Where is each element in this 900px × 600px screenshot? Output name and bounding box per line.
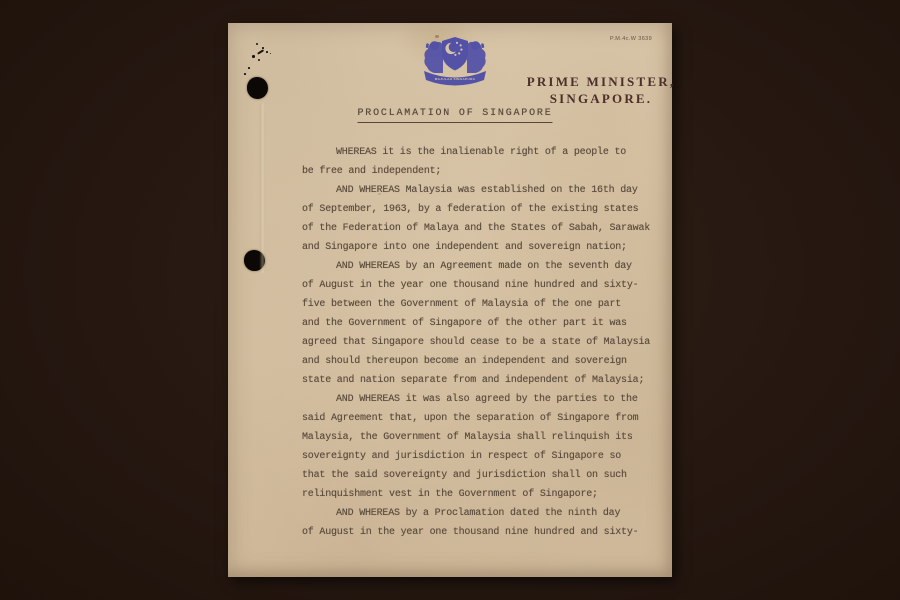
text-line: AND WHEREAS Malaysia was established on … (302, 181, 664, 200)
text-line: state and nation separate from and indep… (302, 371, 664, 390)
ink-speck (244, 73, 246, 75)
text-line: and Singapore into one independent and s… (302, 238, 664, 257)
photo-background: MAJULAH SINGAPURA P.M.4c.W 3639 PRIME MI… (0, 0, 900, 600)
text-line: and the Government of Singapore of the o… (302, 314, 664, 333)
letterhead-line1: PRIME MINISTER, (515, 73, 687, 90)
text-line: relinquishment vest in the Government of… (302, 485, 664, 504)
letterhead-line2: SINGAPORE. (515, 90, 687, 107)
ink-speck (270, 53, 271, 54)
text-line: of August in the year one thousand nine … (302, 523, 664, 542)
text-line: and should thereupon become an independe… (302, 352, 664, 371)
document-title: PROCLAMATION OF SINGAPORE (357, 108, 552, 123)
ink-speck (256, 43, 258, 45)
text-line: of the Federation of Malaya and the Stat… (302, 219, 664, 238)
text-line: of September, 1963, by a federation of t… (302, 200, 664, 219)
ink-speck (252, 55, 255, 58)
text-line: Malaysia, the Government of Malaysia sha… (302, 428, 664, 447)
singapore-coat-of-arms: MAJULAH SINGAPURA (420, 33, 490, 88)
ink-smear (257, 49, 264, 54)
text-line: be free and independent; (302, 162, 664, 181)
letterhead-office: PRIME MINISTER, SINGAPORE. (515, 73, 687, 107)
ink-speck (266, 51, 268, 53)
text-line: said Agreement that, upon the separation… (302, 409, 664, 428)
text-line: of August in the year one thousand nine … (302, 276, 664, 295)
crest-graphic: MAJULAH SINGAPURA (420, 33, 490, 88)
ink-speck (258, 59, 260, 61)
crest-motto: MAJULAH SINGAPURA (435, 77, 476, 81)
stationery-code: P.M.4c.W 3639 (610, 36, 652, 42)
punch-hole (247, 77, 268, 99)
document-body: WHEREAS it is the inalienable right of a… (302, 143, 664, 542)
text-line: agreed that Singapore should cease to be… (302, 333, 664, 352)
text-line: five between the Government of Malaysia … (302, 295, 664, 314)
text-line: that the said sovereignty and jurisdicti… (302, 466, 664, 485)
document-page: MAJULAH SINGAPURA P.M.4c.W 3639 PRIME MI… (228, 23, 672, 577)
text-line: WHEREAS it is the inalienable right of a… (302, 143, 664, 162)
paper-crease (260, 103, 265, 273)
text-line: sovereignty and jurisdiction in respect … (302, 447, 664, 466)
text-line: AND WHEREAS it was also agreed by the pa… (302, 390, 664, 409)
text-line: AND WHEREAS by a Proclamation dated the … (302, 504, 664, 523)
ink-speck (248, 67, 250, 69)
text-line: AND WHEREAS by an Agreement made on the … (302, 257, 664, 276)
